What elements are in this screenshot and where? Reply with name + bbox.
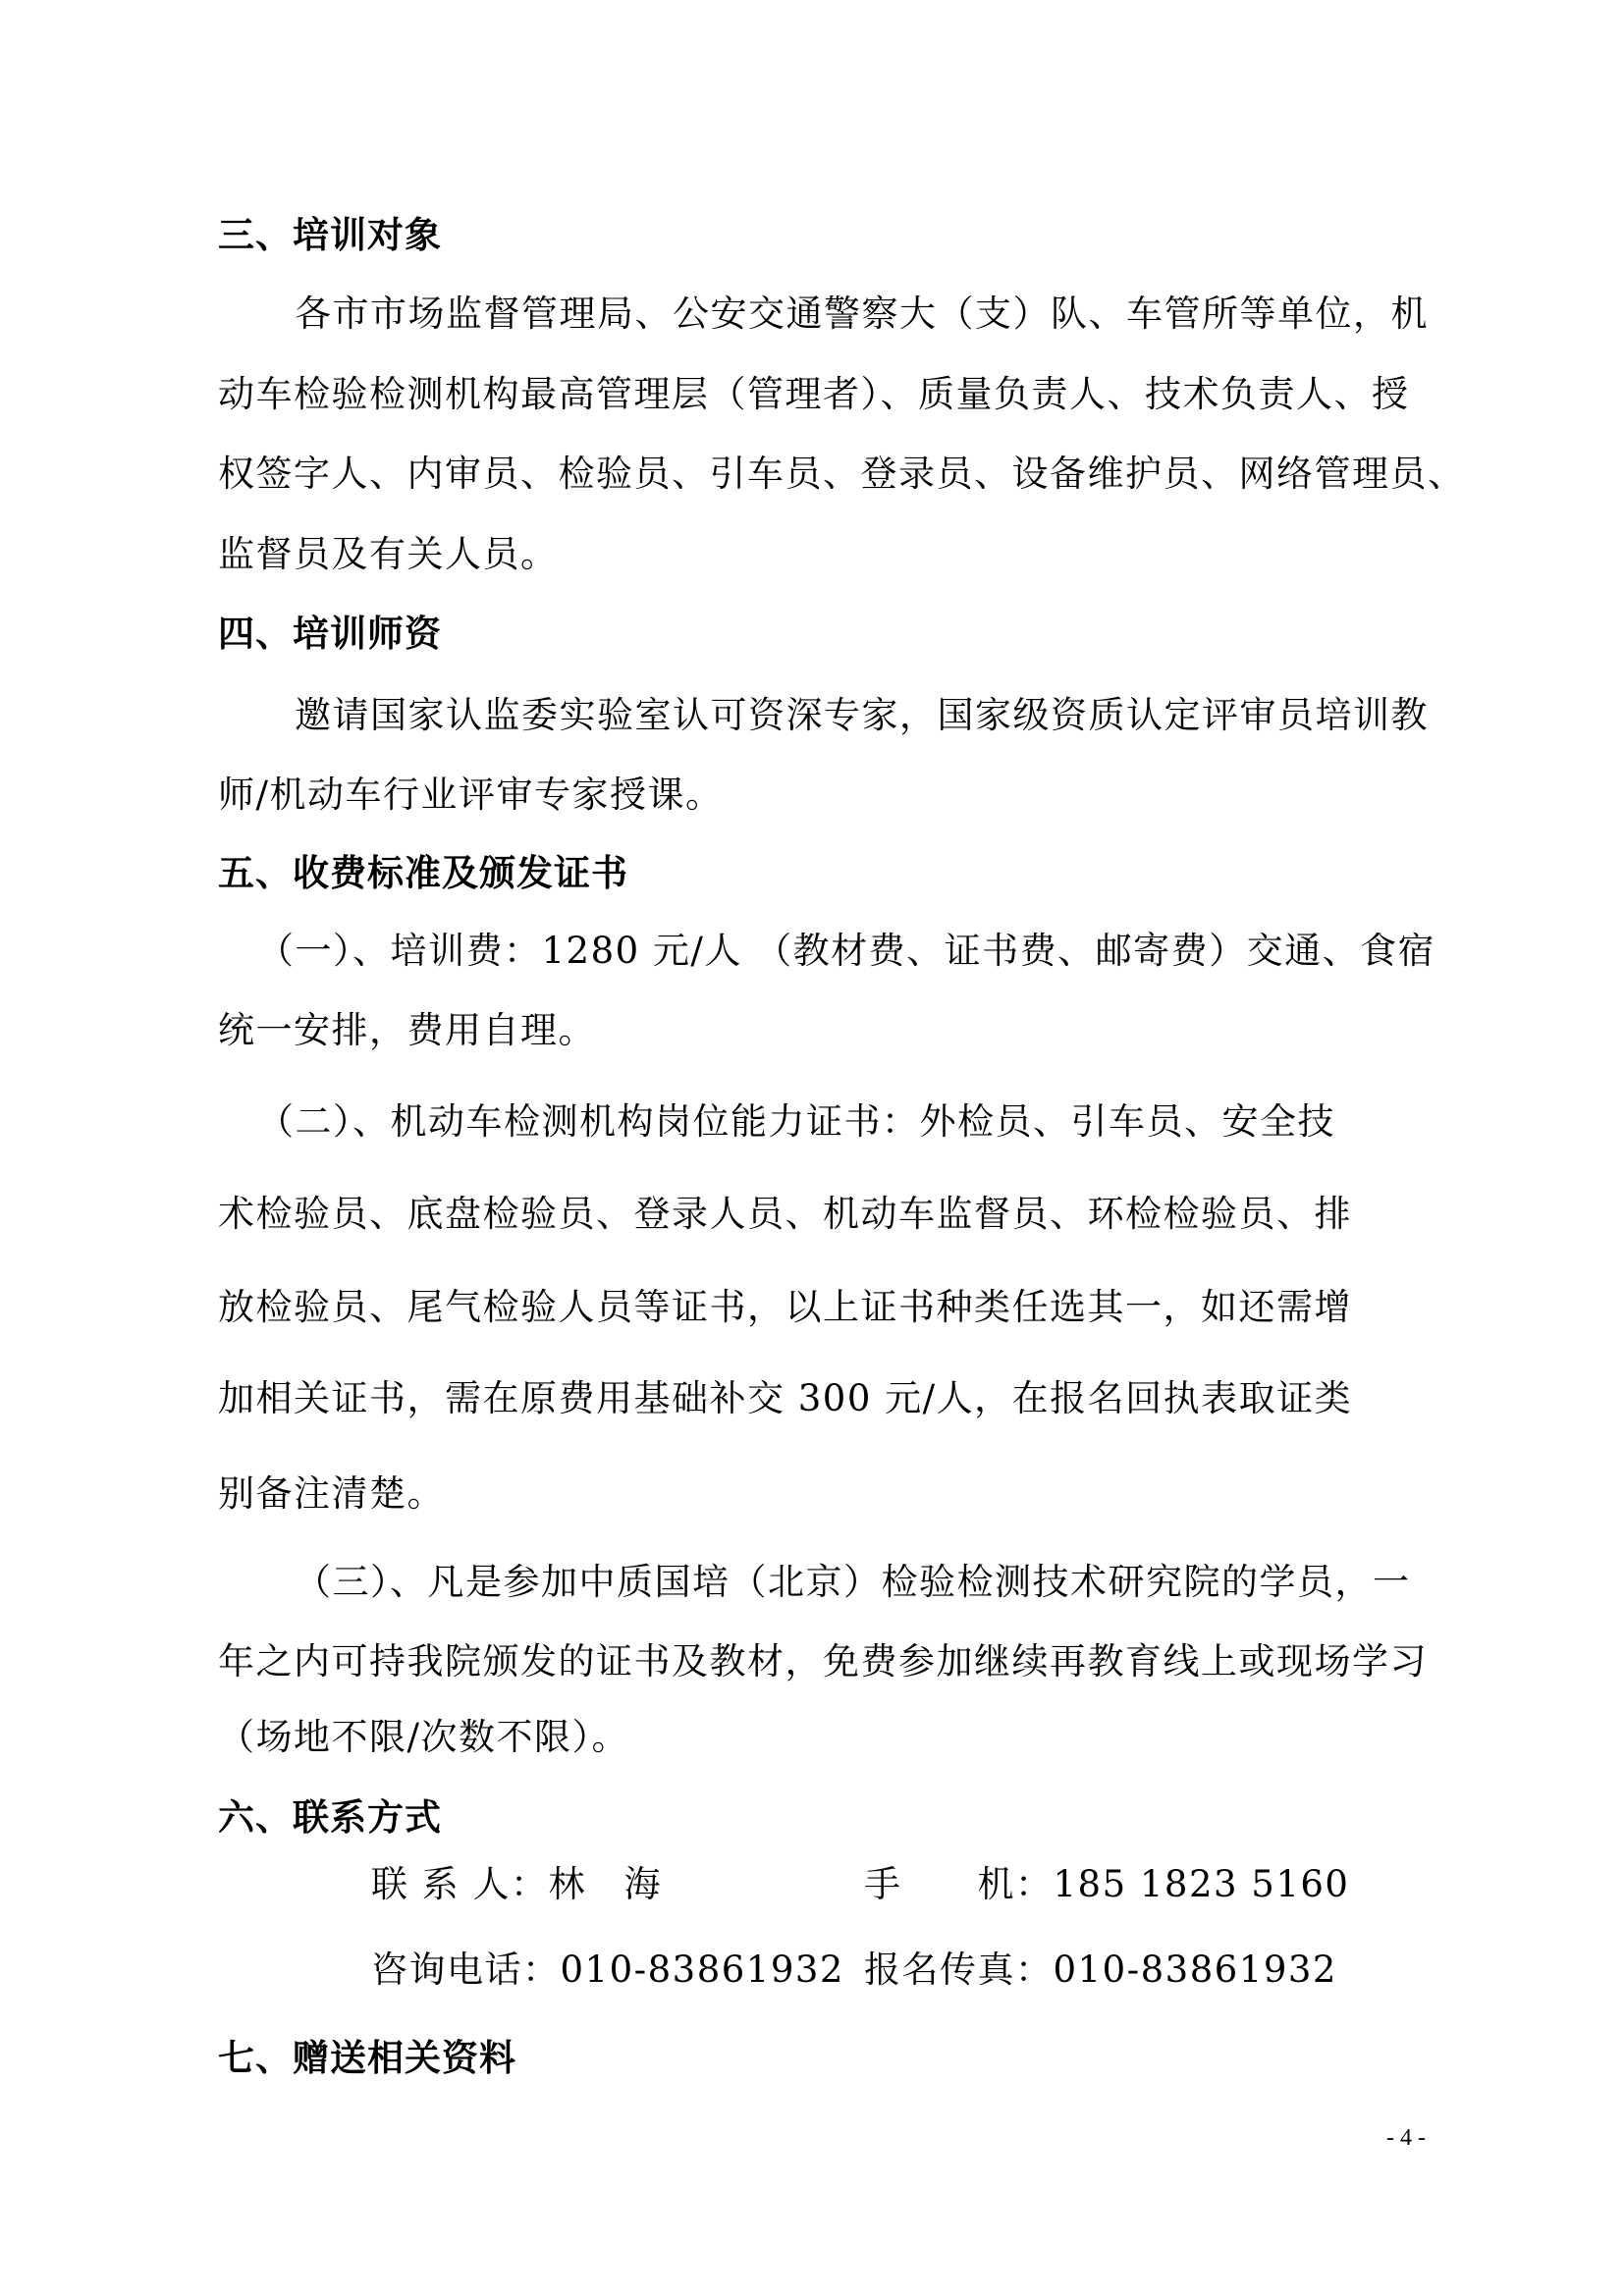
section-heading-instructors: 四、培训师资 bbox=[218, 613, 442, 656]
paragraph-line: 监督员及有关人员。 bbox=[218, 533, 559, 576]
section-heading-contact: 六、联系方式 bbox=[218, 1796, 442, 1840]
paragraph-line: 术检验员、底盘检验员、登录人员、机动车监督员、环检检验员、排 bbox=[218, 1193, 1352, 1236]
paragraph-line: 统一安排，费用自理。 bbox=[218, 1009, 596, 1052]
paragraph-line: 师/机动车行业评审专家授课。 bbox=[218, 774, 723, 817]
paragraph-line: （三）、凡是参加中质国培（北京）检验检测技术研究院的学员，一 bbox=[295, 1561, 1411, 1604]
page-number: - 4 - bbox=[1386, 2125, 1426, 2152]
paragraph-line: （二）、机动车检测机构岗位能力证书：外检员、引车员、安全技 bbox=[257, 1100, 1335, 1144]
paragraph-line: 邀请国家认监委实验室认可资深专家，国家级资质认定评审员培训教 bbox=[295, 694, 1429, 737]
paragraph-line: 动车检验检测机构最高管理层（管理者）、质量负责人、技术负责人、授 bbox=[218, 373, 1410, 416]
contact-fax: 报名传真：010-83861932 bbox=[864, 1949, 1337, 1992]
contact-phone: 咨询电话：010-83861932 bbox=[371, 1949, 844, 1992]
paragraph-line: 别备注清楚。 bbox=[218, 1472, 445, 1516]
paragraph-line: （场地不限/次数不限）。 bbox=[218, 1716, 629, 1759]
paragraph-line: （一）、培训费：1280 元/人 （教材费、证书费、邮寄费）交通、食宿 bbox=[257, 930, 1435, 973]
section-heading-training-targets: 三、培训对象 bbox=[218, 214, 442, 257]
paragraph-line: 放检验员、尾气检验人员等证书，以上证书种类任选其一，如还需增 bbox=[218, 1286, 1352, 1329]
section-heading-materials: 七、赠送相关资料 bbox=[218, 2037, 516, 2080]
contact-mobile: 手 机：185 1823 5160 bbox=[864, 1863, 1349, 1906]
paragraph-line: 加相关证书，需在原费用基础补交 300 元/人，在报名回执表取证类 bbox=[218, 1377, 1352, 1420]
paragraph-line: 年之内可持我院颁发的证书及教材，免费参加继续再教育线上或现场学习 bbox=[218, 1640, 1428, 1683]
paragraph-line: 各市市场监督管理局、公安交通警察大（支）队、车管所等单位，机 bbox=[295, 293, 1429, 336]
contact-person: 联 系 人：林 海 bbox=[371, 1863, 662, 1906]
section-heading-fees-certificates: 五、收费标准及颁发证书 bbox=[218, 852, 628, 895]
document-page: 三、培训对象 各市市场监督管理局、公安交通警察大（支）队、车管所等单位，机 动车… bbox=[0, 0, 1624, 2296]
paragraph-line: 权签字人、内审员、检验员、引车员、登录员、设备维护员、网络管理员、 bbox=[218, 453, 1466, 496]
